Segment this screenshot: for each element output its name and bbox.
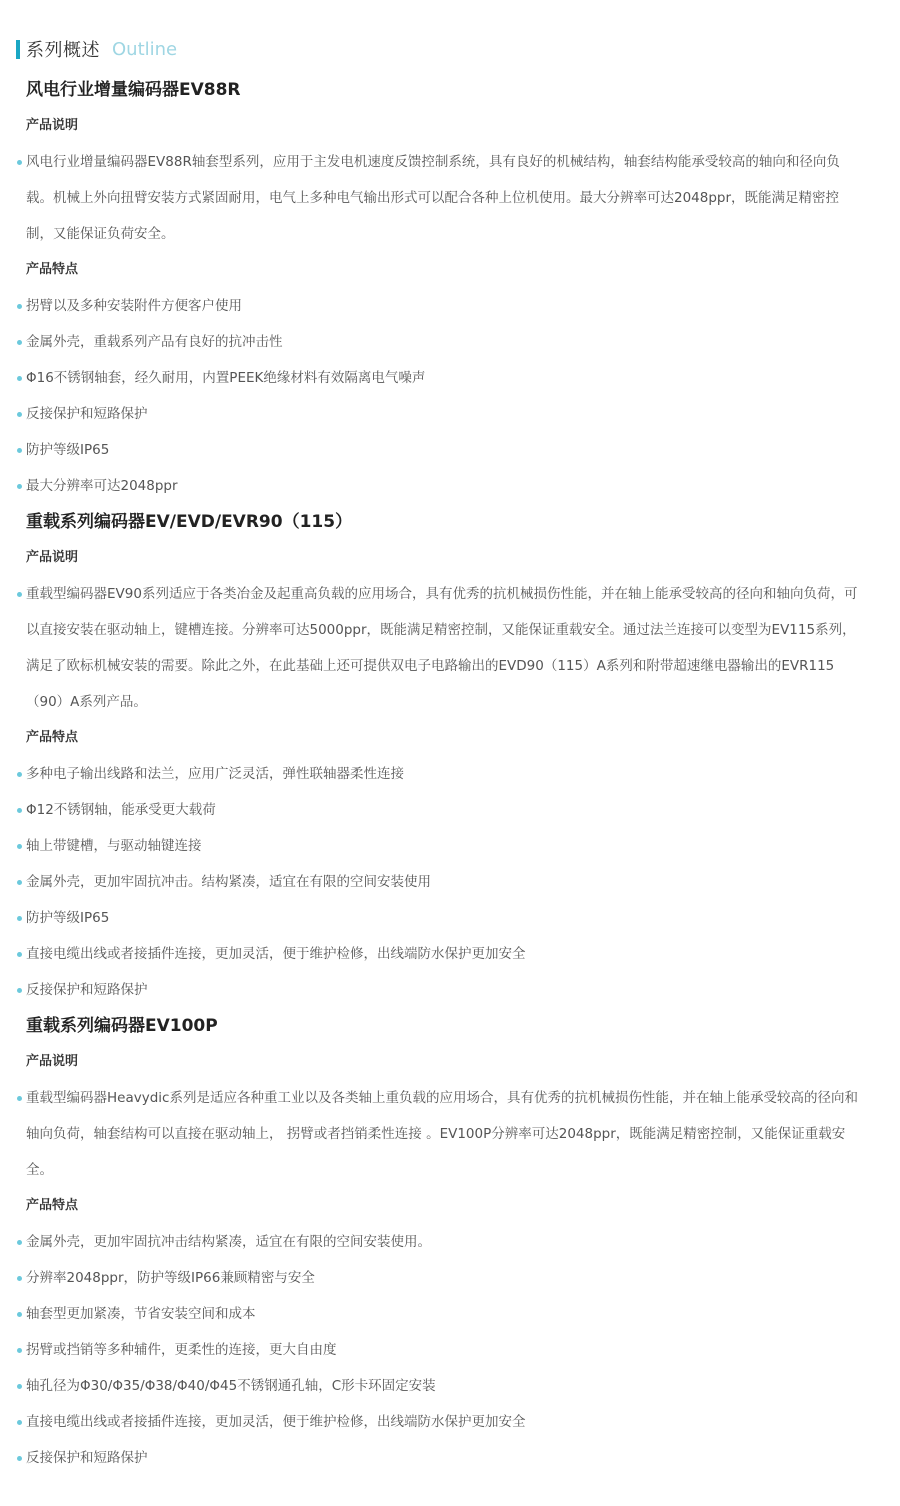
description-text: 重载型编码器EV90系列适应于各类冶金及起重高负载的应用场合，具有优秀的抗机械损… [26, 586, 857, 710]
feature-item: 分辨率2048ppr，防护等级IP66兼顾精密与安全 [0, 1260, 900, 1296]
bullet-dot-icon [17, 1456, 22, 1461]
bullet-dot-icon [17, 808, 22, 813]
feature-text: 拐臂或挡销等多种辅件，更柔性的连接，更大自由度 [26, 1342, 337, 1358]
bullet-dot-icon [17, 1240, 22, 1245]
feature-text: Φ12不锈钢轴，能承受更大载荷 [26, 802, 216, 818]
accent-bar [16, 40, 20, 59]
feature-text: 拐臂以及多种安装附件方便客户使用 [26, 298, 242, 314]
feature-item: 拐臂或挡销等多种辅件，更柔性的连接，更大自由度 [0, 1332, 900, 1368]
feature-text: 直接电缆出线或者接插件连接，更加灵活，便于维护检修，出线端防水保护更加安全 [26, 946, 526, 962]
features-heading: 产品特点 [0, 1188, 900, 1224]
feature-text: 分辨率2048ppr，防护等级IP66兼顾精密与安全 [26, 1270, 315, 1286]
series-block: 重载系列编码器EV100P 产品说明 重载型编码器Heavydic系列是适应各种… [0, 1008, 900, 1476]
description-paragraph: 风电行业增量编码器EV88R轴套型系列，应用于主发电机速度反馈控制系统，具有良好… [0, 144, 900, 252]
feature-text: 反接保护和短路保护 [26, 982, 148, 998]
feature-item: 金属外壳，重载系列产品有良好的抗冲击性 [0, 324, 900, 360]
bullet-dot-icon [17, 592, 22, 597]
feature-item: 反接保护和短路保护 [0, 396, 900, 432]
feature-item: 金属外壳，更加牢固抗冲击结构紧凑，适宜在有限的空间安装使用。 [0, 1224, 900, 1260]
bullet-dot-icon [17, 484, 22, 489]
features-heading: 产品特点 [0, 720, 900, 756]
feature-text: 金属外壳，更加牢固抗冲击结构紧凑，适宜在有限的空间安装使用。 [26, 1234, 431, 1250]
description-text: 风电行业增量编码器EV88R轴套型系列，应用于主发电机速度反馈控制系统，具有良好… [26, 154, 840, 242]
features-heading: 产品特点 [0, 252, 900, 288]
section-header: 系列概述 Outline [16, 38, 177, 60]
feature-text: 反接保护和短路保护 [26, 406, 148, 422]
bullet-dot-icon [17, 1420, 22, 1425]
series-title: 风电行业增量编码器EV88R [0, 72, 900, 108]
description-heading: 产品说明 [0, 1044, 900, 1080]
series-content: 风电行业增量编码器EV88R 产品说明 风电行业增量编码器EV88R轴套型系列，… [0, 72, 900, 1476]
description-paragraph: 重载型编码器EV90系列适应于各类冶金及起重高负载的应用场合，具有优秀的抗机械损… [0, 576, 900, 720]
bullet-dot-icon [17, 880, 22, 885]
bullet-dot-icon [17, 916, 22, 921]
feature-item: 防护等级IP65 [0, 432, 900, 468]
feature-text: Φ16不锈钢轴套，经久耐用，内置PEEK绝缘材料有效隔离电气噪声 [26, 370, 425, 386]
feature-item: 直接电缆出线或者接插件连接，更加灵活，便于维护检修，出线端防水保护更加安全 [0, 1404, 900, 1440]
bullet-dot-icon [17, 160, 22, 165]
section-title-english: Outline [112, 39, 177, 60]
series-block: 重载系列编码器EV/EVD/EVR90（115） 产品说明 重载型编码器EV90… [0, 504, 900, 1008]
series-title: 重载系列编码器EV100P [0, 1008, 900, 1044]
feature-text: 多种电子输出线路和法兰，应用广泛灵活，弹性联轴器柔性连接 [26, 766, 404, 782]
series-title: 重载系列编码器EV/EVD/EVR90（115） [0, 504, 900, 540]
bullet-dot-icon [17, 1096, 22, 1101]
bullet-dot-icon [17, 1276, 22, 1281]
feature-item: 多种电子输出线路和法兰，应用广泛灵活，弹性联轴器柔性连接 [0, 756, 900, 792]
bullet-dot-icon [17, 952, 22, 957]
section-title: 系列概述 [26, 36, 100, 62]
bullet-dot-icon [17, 844, 22, 849]
feature-text: 轴孔径为Φ30/Φ35/Φ38/Φ40/Φ45不锈钢通孔轴，C形卡环固定安装 [26, 1378, 436, 1394]
feature-text: 轴套型更加紧凑，节省安装空间和成本 [26, 1306, 256, 1322]
feature-item: 反接保护和短路保护 [0, 1440, 900, 1476]
feature-text: 防护等级IP65 [26, 442, 109, 458]
feature-text: 最大分辨率可达2048ppr [26, 478, 178, 494]
feature-item: Φ16不锈钢轴套，经久耐用，内置PEEK绝缘材料有效隔离电气噪声 [0, 360, 900, 396]
feature-text: 金属外壳，重载系列产品有良好的抗冲击性 [26, 334, 283, 350]
description-heading: 产品说明 [0, 540, 900, 576]
feature-text: 金属外壳，更加牢固抗冲击。结构紧凑，适宜在有限的空间安装使用 [26, 874, 431, 890]
description-text: 重载型编码器Heavydic系列是适应各种重工业以及各类轴上重负载的应用场合，具… [26, 1090, 858, 1178]
feature-text: 轴上带键槽，与驱动轴键连接 [26, 838, 202, 854]
feature-item: 金属外壳，更加牢固抗冲击。结构紧凑，适宜在有限的空间安装使用 [0, 864, 900, 900]
description-heading: 产品说明 [0, 108, 900, 144]
feature-item: 最大分辨率可达2048ppr [0, 468, 900, 504]
bullet-dot-icon [17, 448, 22, 453]
series-block: 风电行业增量编码器EV88R 产品说明 风电行业增量编码器EV88R轴套型系列，… [0, 72, 900, 504]
description-paragraph: 重载型编码器Heavydic系列是适应各种重工业以及各类轴上重负载的应用场合，具… [0, 1080, 900, 1188]
feature-item: 拐臂以及多种安装附件方便客户使用 [0, 288, 900, 324]
feature-text: 防护等级IP65 [26, 910, 109, 926]
bullet-dot-icon [17, 1384, 22, 1389]
feature-item: 直接电缆出线或者接插件连接，更加灵活，便于维护检修，出线端防水保护更加安全 [0, 936, 900, 972]
bullet-dot-icon [17, 376, 22, 381]
feature-item: 轴上带键槽，与驱动轴键连接 [0, 828, 900, 864]
bullet-dot-icon [17, 772, 22, 777]
feature-item: 轴孔径为Φ30/Φ35/Φ38/Φ40/Φ45不锈钢通孔轴，C形卡环固定安装 [0, 1368, 900, 1404]
bullet-dot-icon [17, 340, 22, 345]
feature-item: 防护等级IP65 [0, 900, 900, 936]
bullet-dot-icon [17, 1312, 22, 1317]
feature-text: 直接电缆出线或者接插件连接，更加灵活，便于维护检修，出线端防水保护更加安全 [26, 1414, 526, 1430]
bullet-dot-icon [17, 988, 22, 993]
feature-item: 轴套型更加紧凑，节省安装空间和成本 [0, 1296, 900, 1332]
bullet-dot-icon [17, 412, 22, 417]
feature-item: Φ12不锈钢轴，能承受更大载荷 [0, 792, 900, 828]
bullet-dot-icon [17, 1348, 22, 1353]
feature-item: 反接保护和短路保护 [0, 972, 900, 1008]
bullet-dot-icon [17, 304, 22, 309]
feature-text: 反接保护和短路保护 [26, 1450, 148, 1466]
